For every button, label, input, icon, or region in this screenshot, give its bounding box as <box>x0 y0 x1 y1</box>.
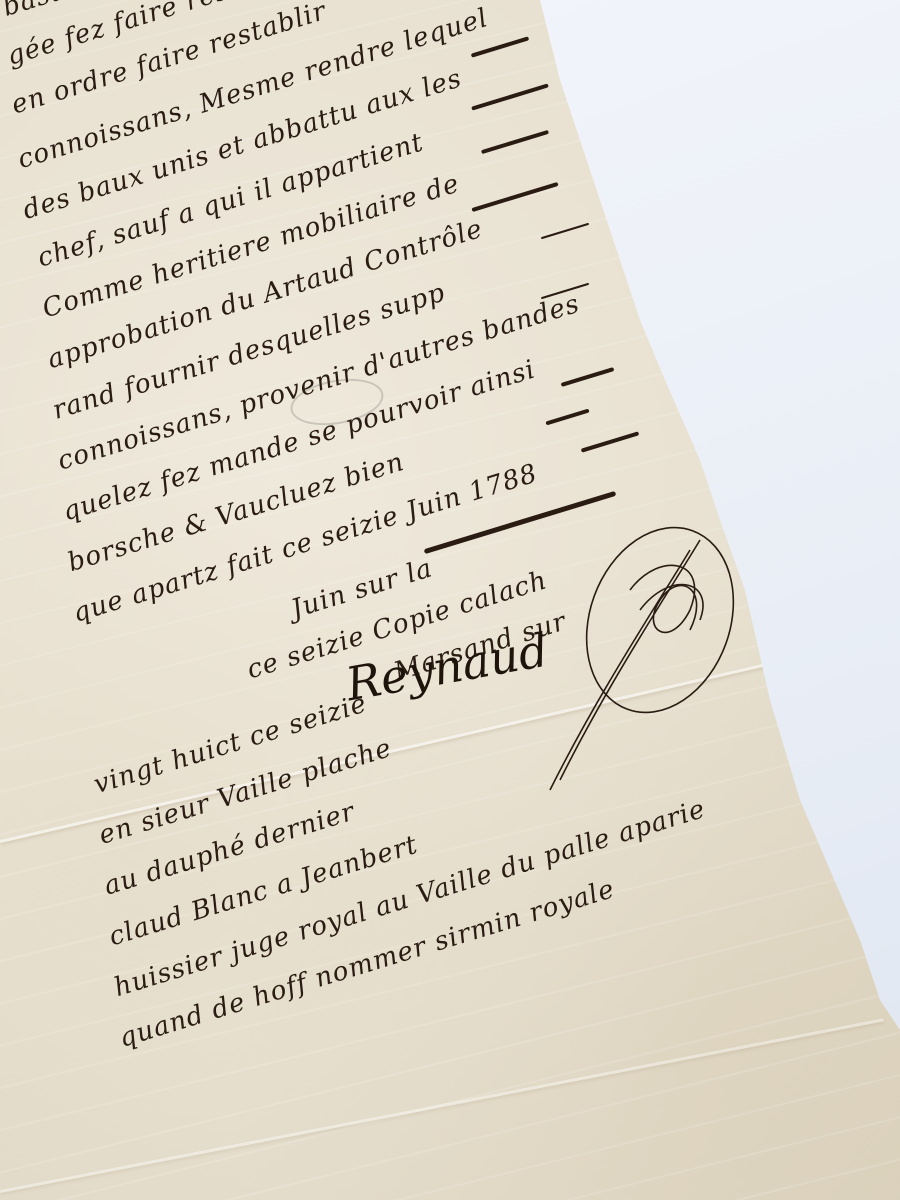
signature-flourish-icon <box>540 510 740 800</box>
manuscript-page: bastimens font tous gée fez faire restab… <box>0 0 900 1200</box>
